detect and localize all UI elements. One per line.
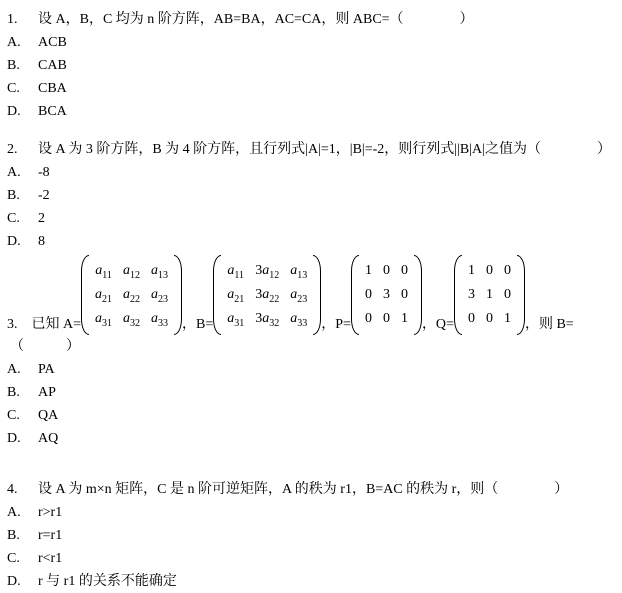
question-2-option-a: A.-8 xyxy=(7,161,618,184)
option-label: B. xyxy=(7,184,38,207)
option-text: CBA xyxy=(38,81,67,96)
option-text: r>r1 xyxy=(38,505,62,520)
right-paren xyxy=(414,255,422,335)
option-text: r 与 r1 的关系不能确定 xyxy=(38,574,177,589)
option-text: 2 xyxy=(38,211,45,226)
matrix-cell: 0 xyxy=(504,259,511,283)
question-2-option-b: B.-2 xyxy=(7,184,618,207)
option-text: AQ xyxy=(38,431,58,446)
matrix-cell: 0 xyxy=(486,259,493,283)
matrix-cell: 3a12 xyxy=(255,259,279,283)
question-4-option-b: B.r=r1 xyxy=(7,524,618,547)
option-label: C. xyxy=(7,207,38,230)
option-text: -2 xyxy=(38,188,50,203)
question-1-option-a: A.ACB xyxy=(7,31,618,54)
stem-text: ，则 B= xyxy=(525,313,574,335)
matrix-cell: 0 xyxy=(365,283,372,307)
option-label: C. xyxy=(7,77,38,100)
matrix-cell: 1 xyxy=(504,307,511,331)
matrix-Q: 100310001 xyxy=(454,255,525,335)
question-1-stem: 1.设 A，B，C 均为 n 阶方阵，AB=BA，AC=CA，则 ABC=（ ） xyxy=(7,8,618,31)
option-label: C. xyxy=(7,547,38,570)
stem-text: ，B= xyxy=(182,313,213,335)
option-label: B. xyxy=(7,54,38,77)
matrix-cell: 1 xyxy=(401,307,408,331)
exam-page: 1.设 A，B，C 均为 n 阶方阵，AB=BA，AC=CA，则 ABC=（ ）… xyxy=(0,0,622,593)
question-2-option-c: C.2 xyxy=(7,207,618,230)
matrix-cell: 0 xyxy=(401,283,408,307)
matrix-cell: 0 xyxy=(486,307,493,331)
left-paren xyxy=(213,255,221,335)
matrix-Q-cells: 100310001 xyxy=(462,255,517,335)
matrix-cell: a13 xyxy=(290,259,307,283)
matrix-cell: 0 xyxy=(504,283,511,307)
option-label: B. xyxy=(7,381,38,404)
question-number: 4. xyxy=(7,478,38,501)
question-stem-text: 设 A 为 3 阶方阵，B 为 4 阶方阵，且行列式|A|=1，|B|=-2，则… xyxy=(38,142,611,157)
option-label: A. xyxy=(7,161,38,184)
question-2-option-d: D.8 xyxy=(7,230,618,253)
matrix-cell: a11 xyxy=(95,259,112,283)
question-1: 1.设 A，B，C 均为 n 阶方阵，AB=BA，AC=CA，则 ABC=（ ）… xyxy=(7,8,618,123)
question-1-option-c: C.CBA xyxy=(7,77,618,100)
option-text: AP xyxy=(38,385,56,400)
question-2-stem: 2.设 A 为 3 阶方阵，B 为 4 阶方阵，且行列式|A|=1，|B|=-2… xyxy=(7,138,618,161)
matrix-B: a113a12a13a213a22a23a313a32a33 xyxy=(213,255,321,335)
matrix-P: 100030001 xyxy=(351,255,422,335)
question-3-option-b: B.AP xyxy=(7,381,618,404)
matrix-cell: a32 xyxy=(123,307,140,331)
matrix-cell: 0 xyxy=(468,307,475,331)
question-4: 4.设 A 为 m×n 矩阵，C 是 n 阶可逆矩阵，A 的秩为 r1，B=AC… xyxy=(7,478,618,593)
left-paren xyxy=(351,255,359,335)
matrix-cell: 0 xyxy=(401,259,408,283)
matrix-cell: a33 xyxy=(290,307,307,331)
option-label: D. xyxy=(7,230,38,253)
matrix-B-cells: a113a12a13a213a22a23a313a32a33 xyxy=(221,255,313,335)
left-paren xyxy=(81,255,89,335)
question-4-option-c: C.r<r1 xyxy=(7,547,618,570)
matrix-cell: a11 xyxy=(227,259,244,283)
matrix-cell: a33 xyxy=(151,307,168,331)
question-stem-text: 设 A 为 m×n 矩阵，C 是 n 阶可逆矩阵，A 的秩为 r1，B=AC 的… xyxy=(38,482,568,497)
matrix-cell: 0 xyxy=(365,307,372,331)
option-text: CAB xyxy=(38,58,67,73)
option-label: A. xyxy=(7,501,38,524)
left-paren xyxy=(454,255,462,335)
matrix-cell: 1 xyxy=(486,283,493,307)
option-text: PA xyxy=(38,362,55,377)
matrix-cell: 0 xyxy=(383,307,390,331)
option-label: A. xyxy=(7,358,38,381)
option-text: r=r1 xyxy=(38,528,62,543)
question-3-stem: 3. 已知 A=a11a12a13a21a22a23a31a32a33，B=a1… xyxy=(7,255,618,335)
question-3-option-a: A.PA xyxy=(7,358,618,381)
question-4-stem: 4.设 A 为 m×n 矩阵，C 是 n 阶可逆矩阵，A 的秩为 r1，B=AC… xyxy=(7,478,618,501)
matrix-cell: a13 xyxy=(151,259,168,283)
matrix-cell: a31 xyxy=(227,307,244,331)
question-stem-text: 设 A，B，C 均为 n 阶方阵，AB=BA，AC=CA，则 ABC=（ ） xyxy=(38,12,474,27)
right-paren xyxy=(174,255,182,335)
option-text: r<r1 xyxy=(38,551,62,566)
option-text: ACB xyxy=(38,35,67,50)
matrix-cell: a23 xyxy=(290,283,307,307)
right-paren xyxy=(517,255,525,335)
stem-text: ，P= xyxy=(321,313,351,335)
matrix-cell: a21 xyxy=(95,283,112,307)
option-label: A. xyxy=(7,31,38,54)
option-label: C. xyxy=(7,404,38,427)
question-3-option-c: C.QA xyxy=(7,404,618,427)
matrix-A: a11a12a13a21a22a23a31a32a33 xyxy=(81,255,182,335)
matrix-cell: a22 xyxy=(123,283,140,307)
matrix-cell: 1 xyxy=(468,259,475,283)
option-text: BCA xyxy=(38,104,67,119)
option-text: -8 xyxy=(38,165,50,180)
option-text: QA xyxy=(38,408,58,423)
matrix-cell: 3a22 xyxy=(255,283,279,307)
option-label: D. xyxy=(7,427,38,450)
matrix-cell: 3 xyxy=(383,283,390,307)
right-paren xyxy=(313,255,321,335)
stem-text: 3. 已知 A= xyxy=(7,313,81,335)
question-3: 3. 已知 A=a11a12a13a21a22a23a31a32a33，B=a1… xyxy=(7,255,618,450)
question-3-option-d: D.AQ xyxy=(7,427,618,450)
stem-text: ，Q= xyxy=(422,313,454,335)
matrix-cell: 1 xyxy=(365,259,372,283)
matrix-cell: a12 xyxy=(123,259,140,283)
matrix-cell: a23 xyxy=(151,283,168,307)
matrix-cell: a21 xyxy=(227,283,244,307)
matrix-cell: 0 xyxy=(383,259,390,283)
question-1-option-d: D.BCA xyxy=(7,100,618,123)
question-2: 2.设 A 为 3 阶方阵，B 为 4 阶方阵，且行列式|A|=1，|B|=-2… xyxy=(7,138,618,253)
matrix-P-cells: 100030001 xyxy=(359,255,414,335)
option-text: 8 xyxy=(38,234,45,249)
question-3-answer-blank: （ ） xyxy=(7,335,618,358)
matrix-A-cells: a11a12a13a21a22a23a31a32a33 xyxy=(89,255,174,335)
option-label: D. xyxy=(7,570,38,593)
option-label: D. xyxy=(7,100,38,123)
matrix-cell: 3 xyxy=(468,283,475,307)
option-label: B. xyxy=(7,524,38,547)
question-4-option-d: D.r 与 r1 的关系不能确定 xyxy=(7,570,618,593)
question-1-option-b: B.CAB xyxy=(7,54,618,77)
question-number: 2. xyxy=(7,138,38,161)
matrix-cell: a31 xyxy=(95,307,112,331)
question-number: 1. xyxy=(7,8,38,31)
question-4-option-a: A.r>r1 xyxy=(7,501,618,524)
matrix-cell: 3a32 xyxy=(255,307,279,331)
